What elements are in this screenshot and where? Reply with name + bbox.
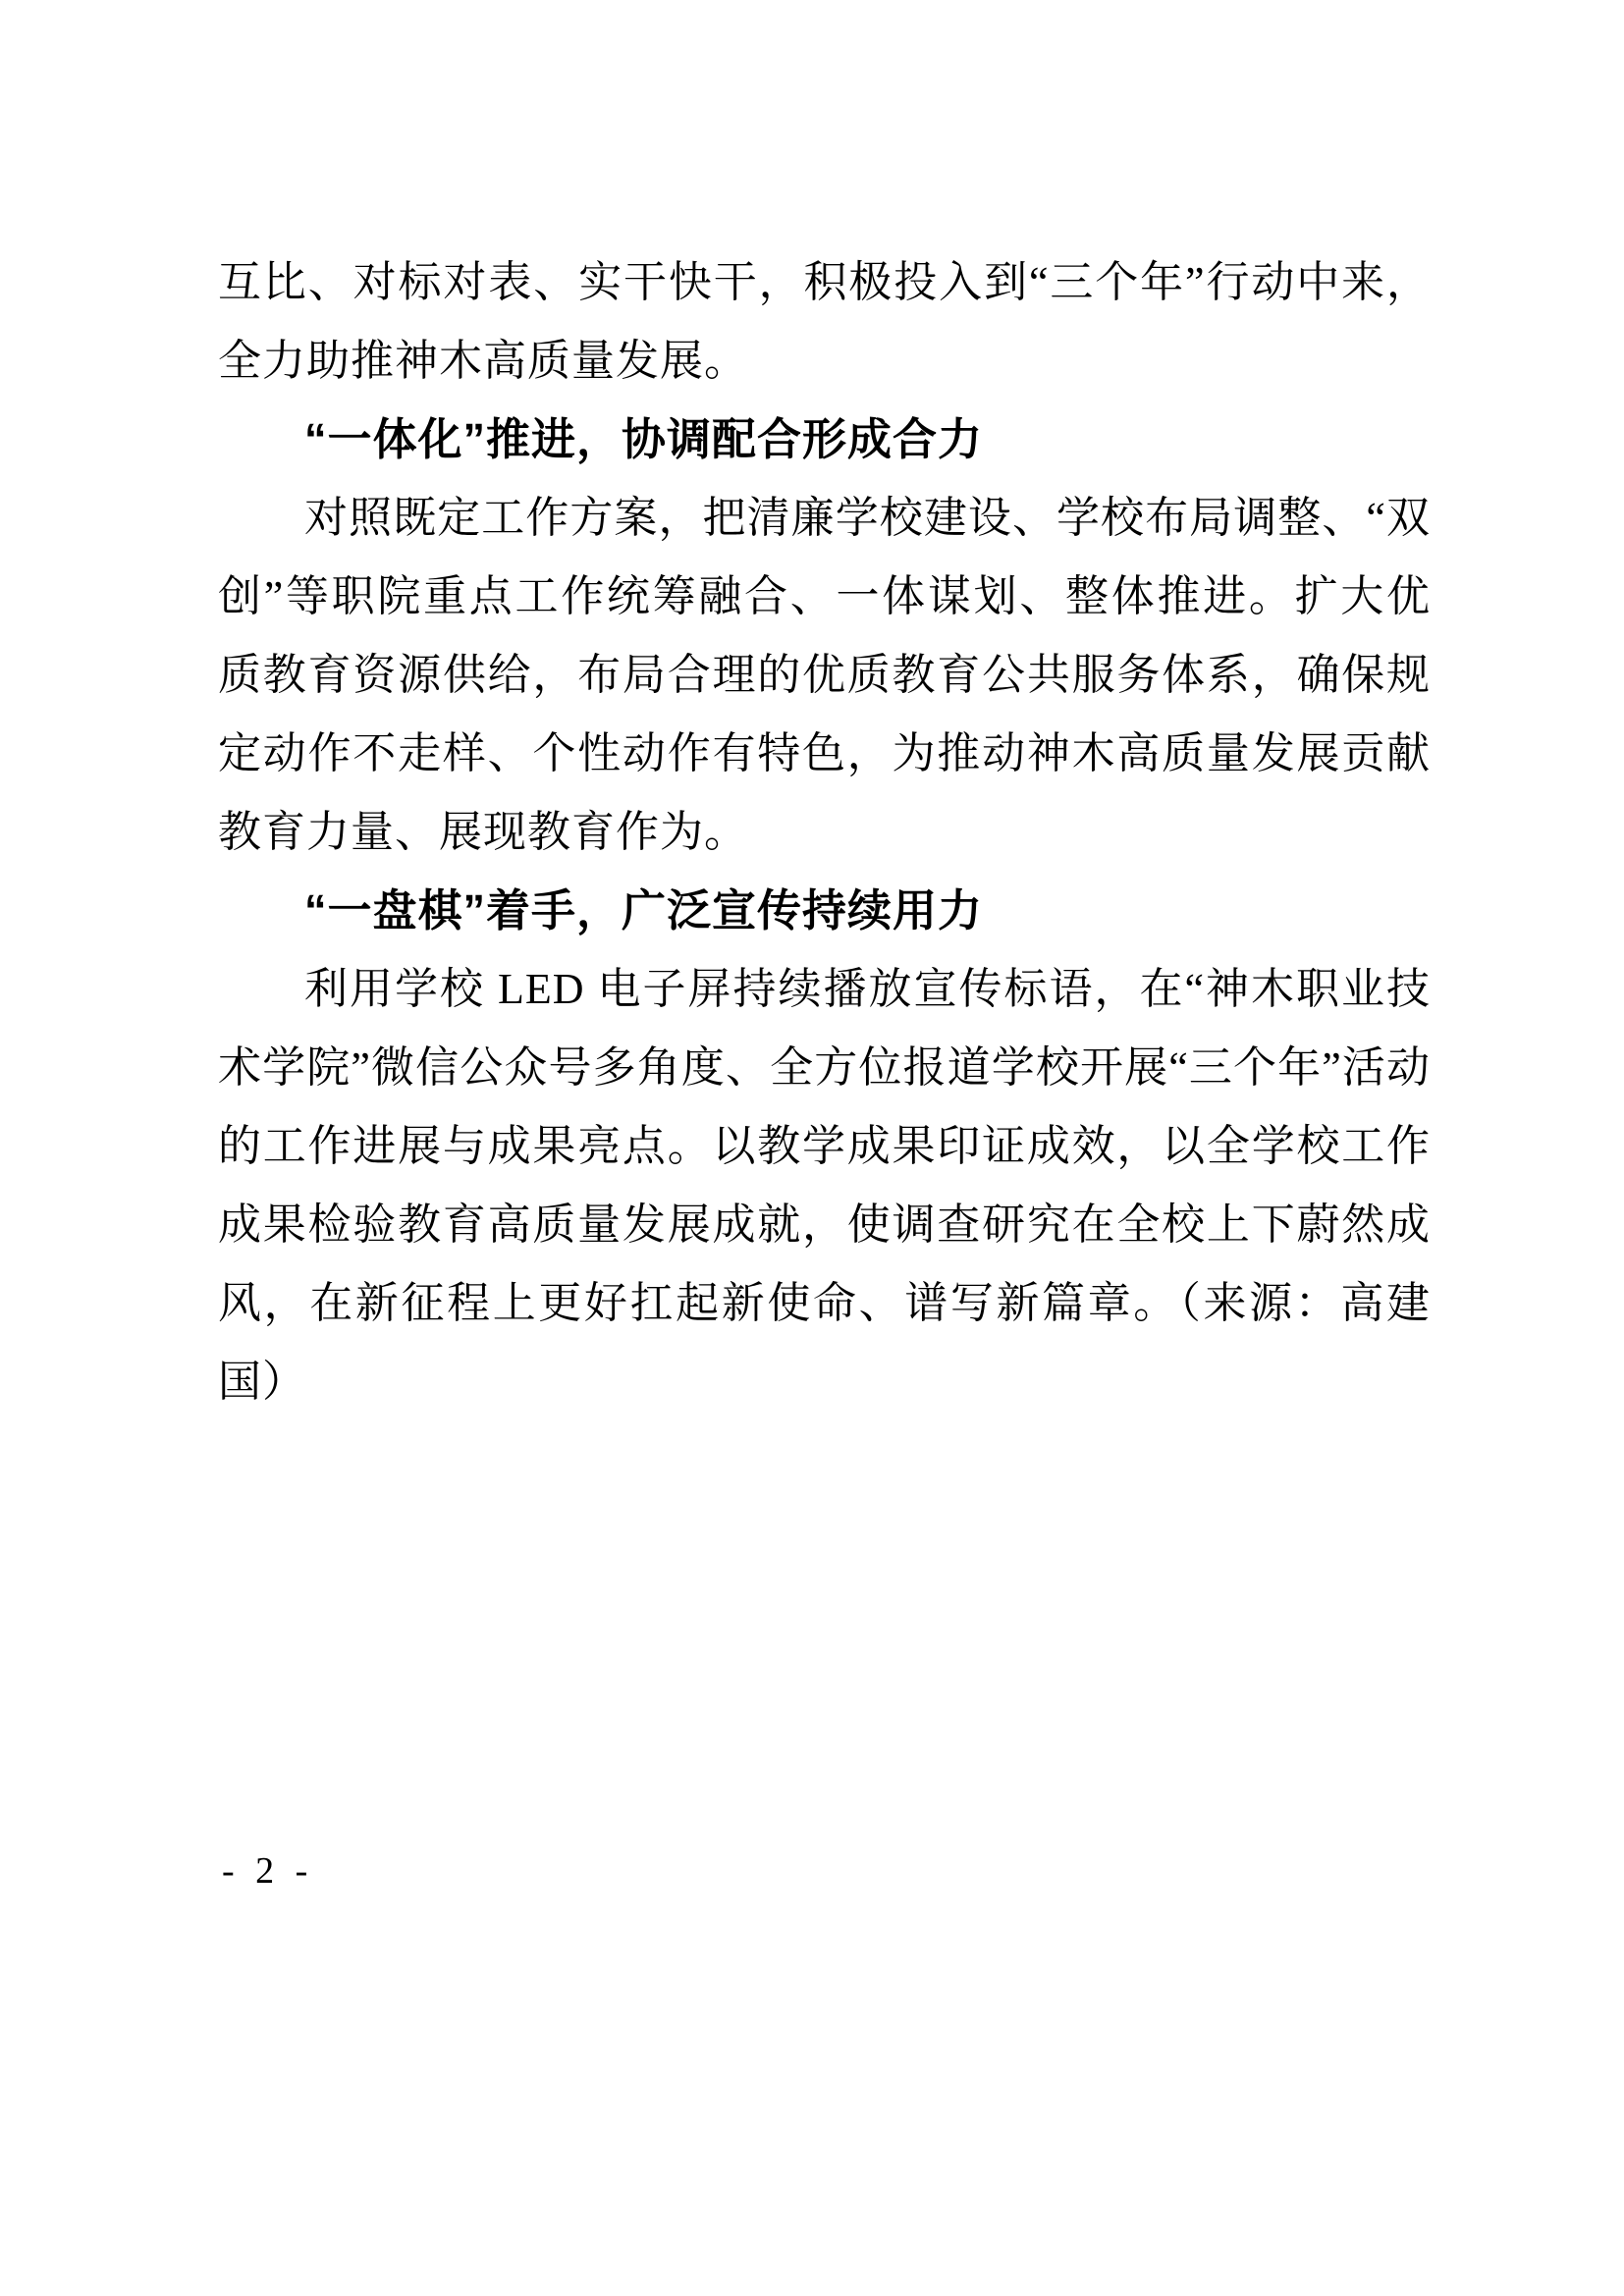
section-heading-1: “一体化”推进，协调配合形成合力 (218, 400, 1431, 479)
section-heading-2: “一盘棋”着手，广泛宣传持续用力 (218, 872, 1431, 950)
page-number: - 2 - (222, 1847, 313, 1895)
document-body: 互比、对标对表、实干快干，积极投入到“三个年”行动中来，全力助推神木高质量发展。… (218, 243, 1431, 1421)
paragraph-continuation: 互比、对标对表、实干快干，积极投入到“三个年”行动中来，全力助推神木高质量发展。 (218, 243, 1431, 400)
paragraph-3: 利用学校 LED 电子屏持续播放宣传标语，在“神木职业技术学院”微信公众号多角度… (218, 950, 1431, 1421)
paragraph-2: 对照既定工作方案，把清廉学校建设、学校布局调整、“双创”等职院重点工作统筹融合、… (218, 479, 1431, 872)
document-page: 互比、对标对表、实干快干，积极投入到“三个年”行动中来，全力助推神木高质量发展。… (0, 0, 1624, 2296)
